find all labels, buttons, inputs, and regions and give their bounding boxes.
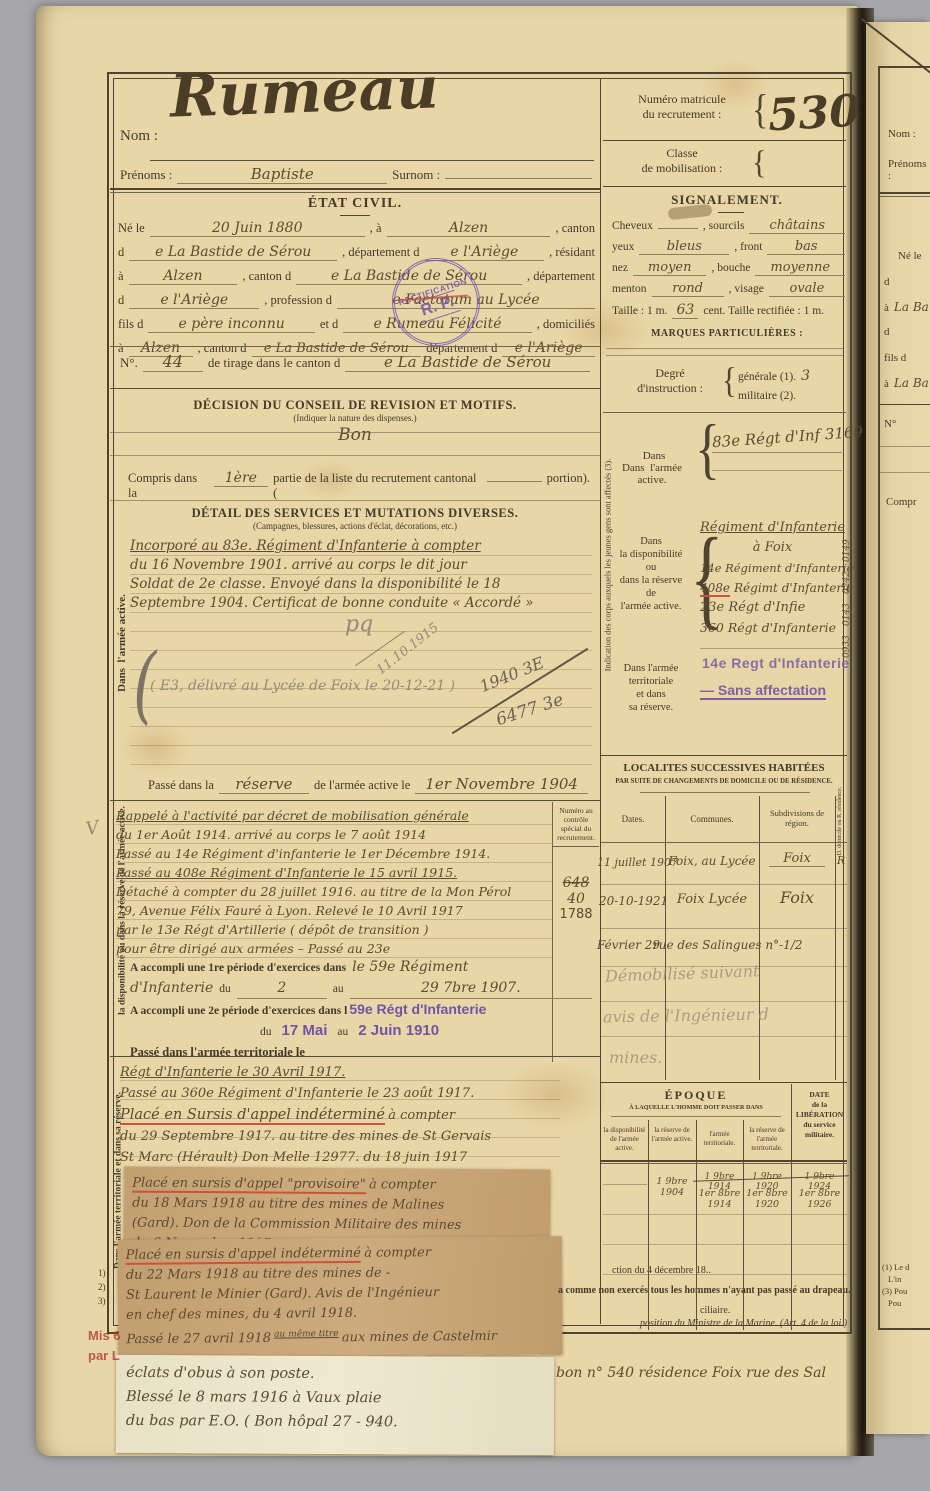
periode1-end: 29 7bre 1907. — [350, 978, 592, 999]
epoque-date-line: DATE — [792, 1090, 847, 1100]
residant-label: , résidant — [549, 245, 595, 260]
mobilisation-line: pour être dirigé aux armées – Passé au 2… — [116, 939, 552, 958]
loc-row2-commune: Foix Lycée — [665, 892, 759, 907]
classe-label-2: de mobilisation : — [607, 161, 757, 176]
epoque-date-header: DATE de la LIBÉRATION du service militai… — [792, 1090, 847, 1140]
slip3-line: Blessé le 8 mars 1916 à Vaux plaie — [126, 1385, 544, 1411]
numero-label: N°. — [120, 355, 138, 371]
compris-label2: partie de la liste du recrutement canton… — [273, 471, 482, 501]
canton2-label: , canton d — [242, 269, 291, 284]
epoque-liberation-value: 1er 8bre 1926 — [792, 1188, 847, 1210]
dispo-corps-line: à Foix — [700, 538, 845, 558]
epoque-col1-header: la disponibilité de l'armée active. — [602, 1126, 647, 1153]
degre-generale-row: générale (1). 3 — [738, 368, 843, 384]
slip1-line: à compter — [369, 1177, 436, 1192]
margin-number-rotated: 0149 — [842, 528, 852, 562]
p2-footnote-2: L'in — [888, 1274, 901, 1284]
p2-a-row: à La Ba — [884, 300, 929, 314]
et-de-label: et d — [320, 317, 338, 332]
front-label: , front — [734, 241, 762, 253]
service-notes-block: Incorporé au 83e. Régiment d'Infanterie … — [130, 537, 592, 767]
mobilisation-line: Passé au 408e Régiment d'Infanterie le 1… — [116, 863, 552, 882]
marques-label: MARQUES PARTICULIÈRES : — [607, 328, 847, 339]
pencil-demobilise-1: Démobilisé suivant — [605, 961, 760, 985]
p2-prenoms-label: Prénoms : — [888, 158, 930, 182]
au-label2: au — [337, 1022, 348, 1042]
a2-label: à — [118, 269, 124, 284]
compris-row: Compris dans la 1ère partie de la liste … — [128, 470, 590, 501]
dispo-label-line: Dans — [610, 535, 692, 548]
degre-label-1: Degré — [620, 366, 720, 381]
localites-table: Dates. Communes. Subdivisions de région.… — [601, 796, 847, 1080]
degre-militaire-label: militaire (2). — [738, 390, 796, 402]
reserve-value: réserve — [219, 775, 309, 794]
armee-active-label2: Dans l'armée active. — [612, 462, 692, 486]
detail-section-header: DÉTAIL DES SERVICES ET MUTATIONS DIVERSE… — [115, 506, 595, 531]
canton-label: , canton — [555, 221, 595, 236]
dispo-label-box: Dans la disponibilité ou dans la réserve… — [610, 535, 692, 613]
footnote-1: 1) — [98, 1268, 106, 1278]
etat-civil-block: Né le 20 Juin 1880 , à Alzen , canton d … — [118, 220, 595, 364]
nom-value: Rumeau — [169, 53, 440, 130]
reserve-date-value: 1er Novembre 1904 — [415, 775, 588, 794]
slip2-line: Passé le 27 avril 1918 — [126, 1331, 271, 1347]
dispo-corps-line: Régiment d'Infanterie — [700, 518, 845, 538]
matricule-label-2: du recrutement : — [607, 107, 757, 122]
paper-slip-blessure: éclats d'obus à son poste. Blessé le 8 m… — [116, 1355, 555, 1455]
dispo-label-line: de — [610, 587, 692, 600]
decision-value: Bon — [115, 425, 595, 445]
decision-section: DÉCISION DU CONSEIL DE REVISION ET MOTIF… — [115, 398, 595, 445]
classe-box: Classe de mobilisation : — [607, 146, 757, 176]
periode1-start: 2 — [237, 978, 327, 999]
margin-number-rotated: 0242 — [842, 560, 852, 594]
controle-number-1788: 1788 — [553, 907, 599, 922]
terr-label-line: territoriale — [610, 675, 692, 688]
signalement-rows: Cheveux , sourcils châtains yeux bleus ,… — [612, 218, 845, 324]
departement2-label: , département — [527, 269, 595, 284]
terr-label-line: Dans l'armée — [610, 662, 692, 675]
degre-instruction-box: Degré d'instruction : — [620, 366, 720, 396]
side-label-line: territoriale — [114, 1168, 124, 1213]
armee-active-label: de l'armée active le — [314, 778, 410, 793]
dispo-corps-line: 23e Régt d'Infie — [700, 598, 845, 618]
loc-row1-commune: Foix, au Lycée — [665, 854, 759, 868]
periode2-stamp-regiment: 59e Régt d'Infanterie — [349, 999, 486, 1019]
stamp-sans-affectation: — Sans affectation — [700, 682, 826, 700]
periode2-label: A accompli une 2e période d'exercices da… — [130, 1001, 347, 1021]
compris-label: Compris dans la — [128, 471, 209, 501]
p2-fils-label: fils d — [884, 352, 906, 364]
de2-label: d — [118, 293, 124, 308]
p2-compris-label: Compr — [886, 496, 917, 508]
p2-d-label: d — [884, 276, 890, 288]
controle-number-40: 40 — [553, 891, 599, 907]
prenoms-row: Prénoms : Baptiste Surnom : — [120, 165, 592, 184]
domicilies-label: , domiciliés — [537, 317, 595, 332]
territoriale-line: à compter — [388, 1108, 455, 1123]
scanned-military-register: { "colors":{"stamp_purple":"#6f55a8","re… — [0, 0, 930, 1491]
dispo-corps-line: 360 Régt d'Infanterie — [700, 618, 845, 638]
p2-footnote-3: (3) Pou — [882, 1286, 907, 1296]
passe-territoriale-label: Passé dans l'armée territoriale le — [130, 1042, 592, 1062]
service-line: Soldat de 2e classe. Envoyé dans la disp… — [130, 575, 592, 594]
bon-540-note: bon n° 540 résidence Foix rue des Sal — [556, 1365, 826, 1381]
periode1-label: A accompli une 1re période d'exercices d… — [130, 958, 346, 978]
birth-date-value: 20 Juin 1880 — [150, 220, 365, 237]
p2-no-label: N° — [884, 418, 896, 430]
epoque-date-line: de la — [792, 1100, 847, 1110]
p2-footnote-1: (1) Le d — [882, 1262, 909, 1272]
de-label: d — [118, 245, 124, 260]
localites-subtitle: PAR SUITE DE CHANGEMENTS DE DOMICILE OU … — [601, 778, 847, 785]
terr-label-box: Dans l'armée territoriale et dans sa rés… — [610, 662, 692, 714]
tirage-row: N°. 44 de tirage dans le canton d e La B… — [120, 352, 590, 372]
periodes-block: A accompli une 1re période d'exercices d… — [130, 957, 592, 1062]
degre-generale-label: générale (1). — [738, 371, 796, 383]
territoriale-line: Régt d'Infanterie le 30 Avril 1917. — [120, 1062, 560, 1083]
terr-label-line: et dans — [610, 688, 692, 701]
p2-la2-value: La Ba — [894, 376, 929, 390]
mobilisation-block: Rappelé à l'activité par décret de mobil… — [116, 806, 552, 961]
localites-col-communes: Communes. — [665, 814, 759, 824]
epoque-reserve-value: 1 9bre 1904 — [649, 1176, 695, 1198]
decision-subtitle: (Indiquer la nature des dispenses.) — [115, 413, 595, 423]
periode2-end-stamp: 2 Juin 1910 — [358, 1021, 439, 1041]
residence-departement-value: e l'Ariège — [129, 292, 259, 309]
bouche-label: , bouche — [711, 262, 750, 274]
stamp-14e-regiment: 14e Regt d'Infanterie — [702, 655, 850, 671]
visage-value: ovale — [769, 281, 845, 297]
mobilisation-line: Passé au 14e Régiment d'infanterie le 1e… — [116, 844, 552, 863]
epoque-subtitle: À LAQUELLE L'HOMME DOIT PASSER DANS — [601, 1104, 791, 1111]
p2-a2-row: à La Ba — [884, 376, 929, 390]
du-label2: du — [260, 1022, 272, 1042]
nez-value: moyen — [633, 260, 707, 276]
du-label: du — [219, 979, 231, 999]
p2-footnote-4: Pou — [888, 1298, 901, 1308]
degre-label-2: d'instruction : — [620, 381, 720, 396]
red-stamp-fragment-2: par L — [88, 1348, 120, 1363]
epoque-date-line: LIBÉRATION — [792, 1110, 847, 1120]
mobilisation-line: par le 13e Régt d'Artillerie ( dépôt de … — [116, 920, 552, 939]
dispo-corps-list: Régiment d'Infanterie à Foix 14e Régimen… — [700, 518, 845, 638]
territoriale-block: Régt d'Infanterie le 30 Avril 1917. Pass… — [120, 1062, 560, 1167]
epoque-title: ÉPOQUE — [601, 1088, 791, 1103]
au-label: au — [333, 979, 344, 999]
dispo-label-line: dans la réserve — [610, 574, 692, 587]
margin-number-rotated: 0933 — [842, 624, 852, 658]
epoque-date-line: militaire. — [792, 1130, 847, 1140]
ne-le-label: Né le — [118, 221, 145, 236]
loc-row2-date: 20-10-1921 — [599, 894, 668, 908]
pencil-e3-note: ( E3, délivré au Lycée de Foix le 20-12-… — [150, 678, 455, 694]
matricule-number: 530 — [767, 86, 861, 142]
yeux-value: bleus — [639, 239, 729, 255]
dispo-label-line: ou — [610, 561, 692, 574]
slip2-superscript: au même titre — [274, 1329, 338, 1340]
footnote-3: 3) — [98, 1296, 106, 1306]
epoque-col4-header: la réserve de l'armée territoriale. — [744, 1126, 790, 1153]
dispo-corps-line: Régimt d'Infanterie — [734, 581, 853, 595]
p2-d2-label: d — [884, 326, 890, 338]
sursis-provisoire-underlined: Placé en sursis d'appel "provisoire" — [132, 1176, 366, 1195]
sursis-1-underlined: Placé en Sursis d'appel indéterminé — [120, 1107, 385, 1125]
epoque-col2-header: la réserve de l'armée active. — [649, 1126, 695, 1144]
dispo-corps-408: 408e — [700, 581, 730, 597]
birth-canton-value: e La Bastide de Sérou — [129, 244, 337, 261]
detail-subtitle: (Campagnes, blessures, actions d'éclat, … — [115, 521, 595, 531]
localites-col-subdivisions: Subdivisions de région. — [759, 808, 835, 828]
compris-value: 1ère — [214, 470, 269, 487]
fils-de-label: fils d — [118, 317, 143, 332]
territoriale-line: Passé au 360e Régiment d'Infanterie le 2… — [120, 1083, 560, 1104]
passe-reserve-row: Passé dans la réserve de l'armée active … — [148, 775, 588, 794]
service-line: du 16 Novembre 1901. arrivé au corps le … — [130, 556, 592, 575]
slip2-line: aux mines de Castelmir — [342, 1329, 497, 1345]
mobilisation-line: 79, Avenue Félix Fauré à Lyon. Relevé le… — [116, 901, 552, 920]
dispo-label-line: la disponibilité — [610, 548, 692, 561]
degre-generale-value: 3 — [801, 368, 810, 384]
mobilisation-line: Rappelé à l'activité par décret de mobil… — [116, 806, 552, 825]
loc-row1-subdiv: Foix — [769, 851, 825, 867]
territoriale-line: du 29 Septembre 1917. au titre des mines… — [120, 1126, 560, 1147]
taille-rectifiee-label: cent. Taille rectifiée : 1 m. — [703, 305, 824, 317]
bouche-value: moyenne — [755, 260, 845, 276]
yeux-label: yeux — [612, 241, 634, 253]
controle-number-648: 648 — [553, 875, 599, 891]
detail-title: DÉTAIL DES SERVICES ET MUTATIONS DIVERSE… — [115, 506, 595, 521]
red-stamp-fragment-1: Mis 6 — [88, 1328, 121, 1343]
etat-civil-title: ÉTAT CIVIL. — [115, 196, 595, 212]
armee-active-label-box: Dans Dans l'armée active. — [615, 450, 693, 462]
birth-place-value: Alzen — [387, 220, 551, 237]
menton-label: menton — [612, 283, 647, 295]
service-line: Septembre 1904. Certificat de bonne cond… — [130, 594, 592, 613]
terr-label-line: sa réserve. — [610, 701, 692, 714]
surnom-label: Surnom : — [392, 167, 440, 183]
nez-label: nez — [612, 262, 628, 274]
degre-brace: { — [722, 361, 736, 402]
side-label-armee-active: Dans l'armée active. — [116, 543, 128, 743]
pencil-pq: pq — [345, 612, 373, 637]
classe-brace: { — [752, 144, 766, 181]
compris-label3: portion). — [547, 471, 590, 486]
loc-row3-date: Février 29 — [597, 938, 660, 952]
taille-value: 63 — [672, 302, 698, 319]
surnom-blank — [445, 178, 592, 179]
periode1-value2: d'Infanterie — [130, 978, 213, 998]
cheveux-label: Cheveux — [612, 220, 653, 232]
signalement-title: SIGNALEMENT. — [607, 192, 847, 208]
menton-value: rond — [652, 281, 724, 297]
classe-label-1: Classe — [607, 146, 757, 161]
matricule-label-1: Numéro matricule — [607, 92, 757, 107]
paper-slip-sursis-indetermine: Placé en sursis d'appel indéterminé à co… — [117, 1236, 562, 1358]
sourcils-label: , sourcils — [703, 220, 745, 232]
loc-row1-flag: R — [835, 854, 847, 867]
loc-row3-commune: rue des Salingues n°-1/2 — [653, 938, 803, 952]
tirage-number-value: 44 — [143, 352, 203, 372]
decision-title: DÉCISION DU CONSEIL DE REVISION ET MOTIF… — [115, 398, 595, 413]
territoriale-line: St Marc (Hérault) Don Melle 12977. du 18… — [120, 1147, 560, 1168]
profession-label: , profession d — [264, 293, 332, 308]
localites-col-dates: Dates. — [601, 814, 665, 824]
controle-header: Numéro au contrôle spécial du recrutemen… — [553, 802, 599, 847]
pencil-demobilise-3: mines. — [609, 1048, 662, 1067]
epoque-table: ÉPOQUE À LAQUELLE L'HOMME DOIT PASSER DA… — [601, 1084, 847, 1330]
epoque-col3-header: l'armée territoriale. — [697, 1130, 742, 1148]
nom-label: Nom : — [120, 128, 158, 145]
mobilisation-line: Détaché à compter du 28 juillet 1916. au… — [116, 882, 552, 901]
sursis-2-underlined: Placé en sursis d'appel indéterminé — [126, 1246, 361, 1265]
periode1-value: le 59e Régiment — [352, 957, 468, 977]
mobilisation-line: du 1er Août 1914. arrivé au corps le 7 a… — [116, 825, 552, 844]
p2-nom-label: Nom : — [888, 128, 916, 140]
visage-label: , visage — [729, 283, 764, 295]
service-line: Incorporé au 83e. Régiment d'Infanterie … — [130, 537, 592, 556]
p2-a-label: à — [884, 302, 889, 314]
matricule-box: Numéro matricule du recrutement : — [607, 92, 757, 122]
epoque-territoriale-value: 1er 8bre 1914 — [697, 1188, 742, 1210]
taille-label: Taille : 1 m. — [612, 305, 667, 317]
portion-blank — [487, 481, 542, 482]
matricule-brace: { — [752, 88, 768, 134]
margin-number-rotated: 0143 — [842, 592, 852, 626]
prenoms-label: Prénoms : — [120, 167, 172, 183]
a-label: , à — [370, 221, 382, 236]
slip3-line: du bas par E.O. ( Bon hôpal 27 - 940. — [126, 1409, 544, 1435]
footnote-2: 2) — [98, 1282, 106, 1292]
epoque-res-terr-value: 1er 8bre 1920 — [744, 1188, 790, 1210]
dispo-label-line: l'armée active. — [610, 600, 692, 613]
departement-label: , département d — [342, 245, 419, 260]
p2-a2-label: à — [884, 378, 889, 390]
armee-active-label: Dans — [643, 450, 666, 462]
cheveux-value — [658, 228, 698, 229]
passe-label: Passé dans la — [148, 778, 214, 793]
residence-value: Alzen — [129, 268, 238, 285]
tirage-canton-value: e La Bastide de Sérou — [345, 353, 590, 372]
dispo-corps-line: 14e Régiment d'Infanterie — [700, 558, 845, 578]
epoque-date-line: du service — [792, 1120, 847, 1130]
front-value: bas — [767, 239, 845, 255]
slip3-line: éclats d'obus à son poste. — [126, 1361, 544, 1387]
localites-col-residence-rotated: D. domicile ou R. résidence. — [837, 786, 843, 856]
side-label-line: la disponibilité — [118, 955, 128, 1015]
periode2-start-stamp: 17 Mai — [282, 1021, 328, 1041]
prenoms-value: Baptiste — [177, 165, 387, 184]
p2-ne-label: Né le — [898, 250, 922, 262]
father-value: e père inconnu — [148, 316, 315, 333]
loc-row2-subdiv: Foix — [759, 888, 835, 907]
tirage-canton-label: de tirage dans le canton d — [208, 355, 340, 371]
slip2-line: à compter — [364, 1245, 431, 1261]
name-row: Nom : — [120, 128, 592, 145]
sourcils-value: châtains — [749, 218, 845, 234]
localites-title: LOCALITES SUCCESSIVES HABITÉES — [601, 762, 847, 774]
pencil-demobilise-2: avis de l'Ingénieur d — [603, 1005, 769, 1027]
p2-la-value: La Ba — [894, 300, 929, 314]
